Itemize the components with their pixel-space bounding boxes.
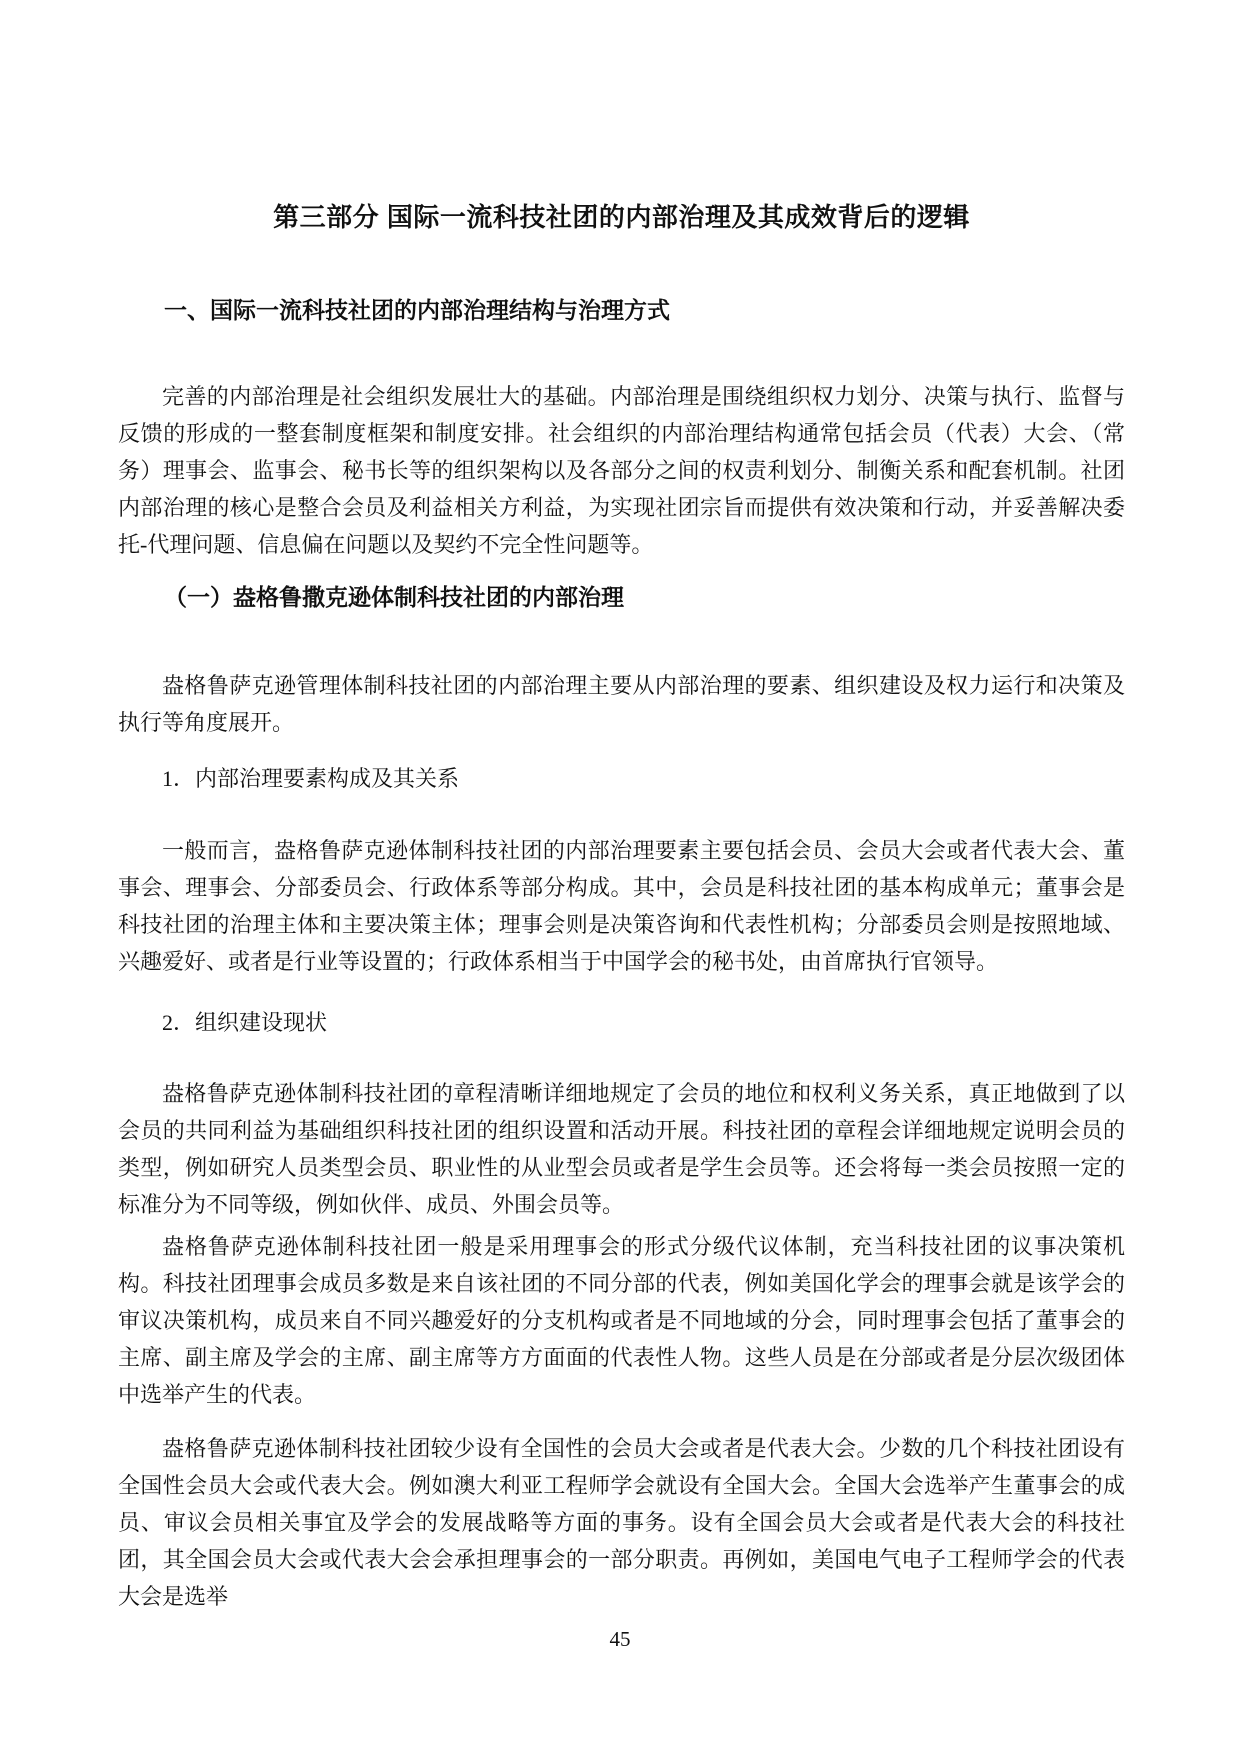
paragraph-5: 盎格鲁萨克逊体制科技社团一般是采用理事会的形式分级代议体制，充当科技社团的议事决… <box>118 1228 1125 1413</box>
paragraph-3: 一般而言，盎格鲁萨克逊体制科技社团的内部治理要素主要包括会员、会员大会或者代表大… <box>118 832 1125 980</box>
subheading-1: 1．内部治理要素构成及其关系 <box>118 760 1125 797</box>
subheading-2: 2．组织建设现状 <box>118 1004 1125 1041</box>
paragraph-1: 完善的内部治理是社会组织发展壮大的基础。内部治理是围绕组织权力划分、决策与执行、… <box>118 378 1125 563</box>
paragraph-2: 盎格鲁萨克逊管理体制科技社团的内部治理主要从内部治理的要素、组织建设及权力运行和… <box>118 667 1125 741</box>
document-page: 第三部分 国际一流科技社团的内部治理及其成效背后的逻辑 一、国际一流科技社团的内… <box>0 0 1240 1753</box>
page-number: 45 <box>0 1626 1240 1652</box>
paragraph-6: 盎格鲁萨克逊体制科技社团较少设有全国性的会员大会或者是代表大会。少数的几个科技社… <box>118 1430 1125 1615</box>
document-title: 第三部分 国际一流科技社团的内部治理及其成效背后的逻辑 <box>118 199 1125 235</box>
section-heading-1-1: （一）盎格鲁撒克逊体制科技社团的内部治理 <box>118 579 1125 616</box>
paragraph-4: 盎格鲁萨克逊体制科技社团的章程清晰详细地规定了会员的地位和权利义务关系，真正地做… <box>118 1075 1125 1223</box>
section-heading-1: 一、国际一流科技社团的内部治理结构与治理方式 <box>118 292 1125 329</box>
